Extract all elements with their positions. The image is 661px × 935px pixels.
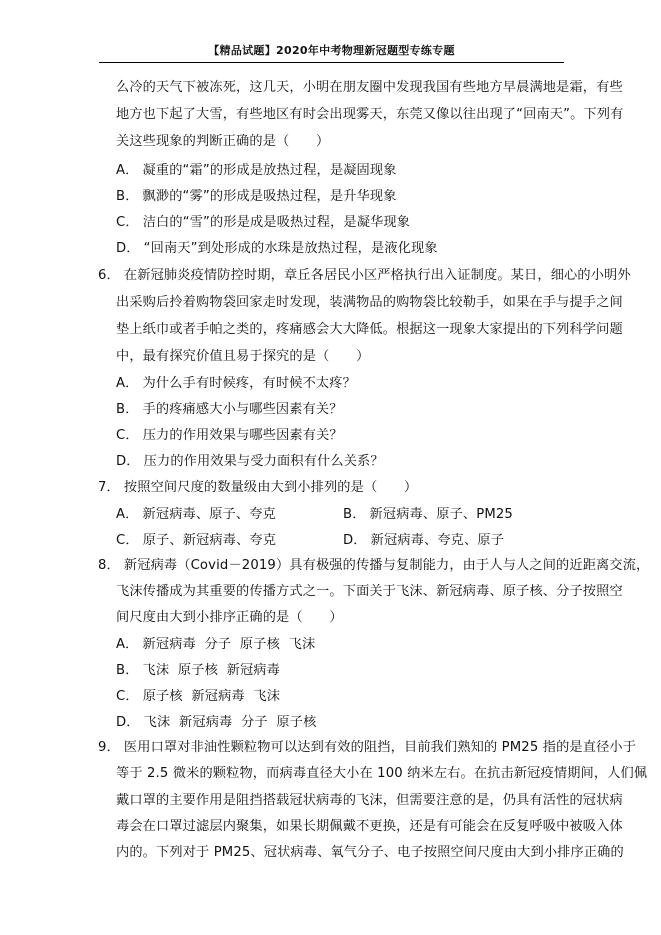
q9-stem-line: 内的。下列对于 PM25、冠状病毒、氧气分子、电子按照空间尺度由大到小排序正确的	[116, 845, 624, 861]
q5-stem-line: 关这些现象的判断正确的是（ ）	[116, 134, 329, 150]
question-number: 9．	[98, 740, 120, 755]
q9-stem-line: 戴口罩的主要作用是阻挡搭载冠状病毒的飞沫，但需要注意的是，仍具有活性的冠状病	[116, 793, 623, 809]
q9-stem-line: 毒会在口罩过滤层内聚集，如果长期佩戴不更换，还是有可能会在反复呼吸中被吸入体	[116, 819, 623, 835]
option-label: B．	[116, 663, 139, 678]
option-label: D．	[116, 715, 140, 730]
q5-option-d: D．“回南天”到处形成的水珠是放热过程，是液化现象	[116, 241, 438, 257]
q8-stem-line: 8．新冠病毒（Covid－2019）具有极强的传播与复制能力，由于人与人之间的近…	[98, 558, 649, 574]
option-label: C．	[116, 533, 139, 548]
q7-option-d: D．新冠病毒、夸克、原子	[343, 533, 504, 549]
q6-option-b: B．手的疼痛感大小与哪些因素有关？	[116, 402, 343, 418]
q6-stem-line: 出采购后拎着购物袋回家走时发现，装满物品的购物袋比较勒手，如果在手与提手之间	[116, 295, 623, 311]
option-text: 压力的作用效果与哪些因素有关？	[143, 428, 343, 443]
q7-option-a: A．新冠病毒、原子、夸克	[116, 507, 276, 523]
q8-option-a: A．新冠病毒 分子 原子核 飞沫	[116, 637, 315, 653]
q7-option-b: B．新冠病毒、原子、PM25	[343, 507, 513, 523]
option-label: A．	[116, 376, 139, 391]
option-label: C．	[116, 215, 139, 230]
q6-option-a: A．为什么手有时候疼，有时候不太疼？	[116, 376, 356, 392]
q8-stem-text: 新冠病毒（Covid－2019）具有极强的传播与复制能力，由于人与人之间的近距离…	[124, 558, 650, 573]
q7-option-c: C．原子、新冠病毒、夸克	[116, 533, 276, 549]
q6-stem-line: 垫上纸巾或者手帕之类的，疼痛感会大大降低。根据这一现象大家提出的下列科学问题	[116, 322, 623, 338]
q6-option-c: C．压力的作用效果与哪些因素有关？	[116, 428, 343, 444]
option-label: A．	[116, 507, 139, 522]
option-text: 原子、新冠病毒、夸克	[143, 533, 276, 548]
q6-stem-text: 在新冠肺炎疫情防控时期，章丘各居民小区严格执行出入证制度。某日，细心的小明外	[124, 268, 631, 283]
q8-stem-line: 飞沫传播成为其重要的传播方式之一。下面关于飞沫、新冠病毒、原子核、分子按照空	[116, 584, 623, 600]
q5-stem-line: 么冷的天气下被冻死，这几天，小明在朋友圈中发现我国有些地方早晨满地是霜，有些	[116, 80, 623, 96]
option-text: 飞沫 新冠病毒 分子 原子核	[144, 715, 317, 730]
q8-option-c: C．原子核 新冠病毒 飞沫	[116, 689, 280, 705]
option-text: 飞沫 原子核 新冠病毒	[143, 663, 280, 678]
page-header: 【精品试题】2020年中考物理新冠题型专练专题	[99, 44, 564, 63]
option-label: A．	[116, 637, 139, 652]
q9-stem-line: 9．医用口罩对非油性颗粒物可以达到有效的阻挡，目前我们熟知的 PM25 指的是直…	[98, 740, 636, 756]
option-label: D．	[116, 454, 140, 469]
q6-option-d: D．压力的作用效果与受力面积有什么关系？	[116, 454, 384, 470]
q8-option-d: D．飞沫 新冠病毒 分子 原子核	[116, 715, 316, 731]
q5-stem-line: 地方也下起了大雪，有些地区有时会出现雾天，东莞又像以往出现了“回南天”。下列有	[116, 107, 623, 123]
q6-stem-line: 6．在新冠肺炎疫情防控时期，章丘各居民小区严格执行出入证制度。某日，细心的小明外	[98, 268, 631, 284]
option-label: B．	[343, 507, 366, 522]
q7-stem-line: 7．按照空间尺度的数量级由大到小排列的是（ ）	[98, 480, 417, 496]
q6-stem-line: 中，最有探究价值且易于探究的是（ ）	[116, 349, 369, 365]
q5-option-a: A．凝重的“霜”的形成是放热过程，是凝固现象	[116, 163, 397, 179]
option-text: 原子核 新冠病毒 飞沫	[143, 689, 280, 704]
option-text: 飘渺的“雾”的形成是吸热过程，是升华现象	[143, 189, 397, 204]
option-label: D．	[343, 533, 367, 548]
option-label: C．	[116, 428, 139, 443]
q9-stem-text: 医用口罩对非油性颗粒物可以达到有效的阻挡，目前我们熟知的 PM25 指的是直径小…	[124, 740, 636, 755]
option-label: D．	[116, 241, 140, 256]
q7-stem-text: 按照空间尺度的数量级由大到小排列的是（ ）	[124, 480, 417, 495]
option-text: 新冠病毒 分子 原子核 飞沫	[143, 637, 316, 652]
option-text: 新冠病毒、原子、夸克	[143, 507, 276, 522]
q5-option-c: C．洁白的“雪”的形是成是吸热过程，是凝华现象	[116, 215, 410, 231]
option-label: B．	[116, 402, 139, 417]
option-text: 新冠病毒、原子、PM25	[370, 507, 513, 522]
option-label: C．	[116, 689, 139, 704]
option-text: 压力的作用效果与受力面积有什么关系？	[144, 454, 384, 469]
q8-stem-line: 间尺度由大到小排序正确的是（ ）	[116, 610, 343, 626]
option-text: 新冠病毒、夸克、原子	[371, 533, 504, 548]
header-title: 【精品试题】2020年中考物理新冠题型专练专题	[208, 44, 455, 57]
q9-stem-line: 等于 2.5 微米的颗粒物，而病毒直径大小在 100 纳米左右。在抗击新冠疫情期…	[116, 766, 647, 782]
option-label: B．	[116, 189, 139, 204]
question-number: 6．	[98, 268, 120, 283]
q5-option-b: B．飘渺的“雾”的形成是吸热过程，是升华现象	[116, 189, 397, 205]
q8-option-b: B．飞沫 原子核 新冠病毒	[116, 663, 280, 679]
question-number: 8．	[98, 558, 120, 573]
option-text: 洁白的“雪”的形是成是吸热过程，是凝华现象	[143, 215, 410, 230]
option-text: 凝重的“霜”的形成是放热过程，是凝固现象	[143, 163, 397, 178]
option-text: “回南天”到处形成的水珠是放热过程，是液化现象	[144, 241, 438, 256]
question-number: 7．	[98, 480, 120, 495]
option-label: A．	[116, 163, 139, 178]
option-text: 为什么手有时候疼，有时候不太疼？	[143, 376, 356, 391]
option-text: 手的疼痛感大小与哪些因素有关？	[143, 402, 343, 417]
